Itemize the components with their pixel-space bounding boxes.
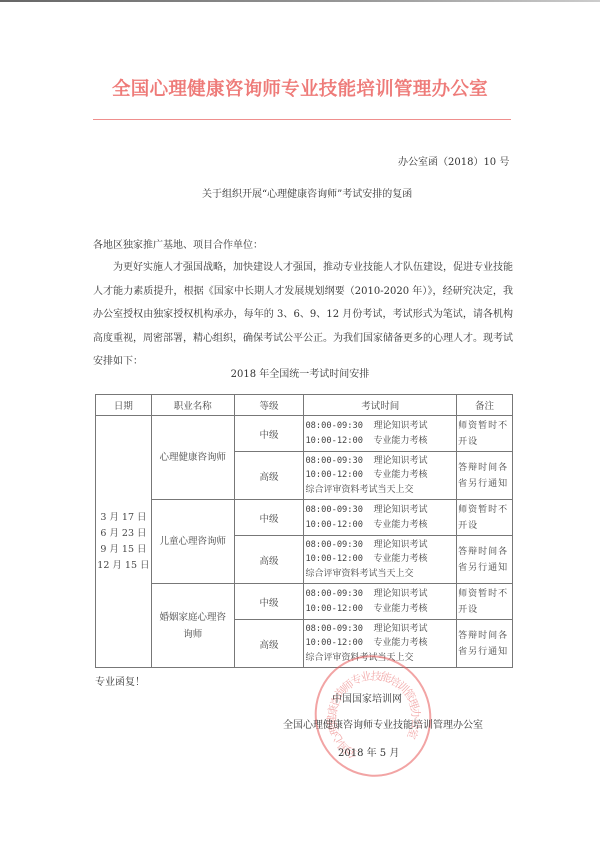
slot-name: 专业能力考核 [373, 436, 427, 446]
profession-name: 心理健康咨询师 [151, 416, 234, 500]
exam-time-cell: 08:00-09:30 理论知识考试10:00-12:00 专业能力考核综合评审… [304, 452, 457, 500]
document-number: 办公室函（2018）10 号 [398, 153, 509, 168]
exam-date: 3 月 17 日 [96, 510, 151, 526]
table-title: 2018 年全国统一考试时间安排 [0, 365, 600, 380]
exam-time-cell: 08:00-09:30 理论知识考试10:00-12:00 专业能力考核 [304, 500, 457, 536]
submission-note: 综合评审资料考试当天上交 [305, 485, 413, 495]
slot-time: 08:00-09:30 [305, 505, 363, 515]
slot-time: 08:00-09:30 [305, 624, 363, 634]
slot-time: 10:00-12:00 [305, 604, 363, 614]
exam-date: 12 月 15 日 [96, 558, 151, 574]
table-row: 3 月 17 日6 月 23 日9 月 15 日12 月 15 日心理健康咨询师… [96, 416, 513, 452]
signature-org-2: 全国心理健康咨询师专业技能培训管理办公室 [283, 716, 483, 731]
slot-time: 10:00-12:00 [305, 470, 363, 480]
slot-name: 专业能力考核 [373, 604, 427, 614]
slot-name: 理论知识考试 [373, 624, 427, 634]
remark-cell: 师资暂时不开设 [457, 500, 513, 536]
exam-time-cell: 08:00-09:30 理论知识考试10:00-12:00 专业能力考核综合评审… [304, 536, 457, 584]
slot-time: 08:00-09:30 [305, 456, 363, 466]
submission-note: 综合评审资料考试当天上交 [305, 569, 413, 579]
slot-time: 10:00-12:00 [305, 520, 363, 530]
slot-time: 08:00-09:30 [305, 589, 363, 599]
closing-line: 专业函复！ [95, 673, 145, 688]
document-subject: 关于组织开展“心理健康咨询师”考试安排的复函 [202, 185, 412, 200]
letterhead-rule [93, 119, 511, 120]
exam-dates-cell: 3 月 17 日6 月 23 日9 月 15 日12 月 15 日 [96, 416, 152, 668]
signature-date: 2018 年 5 月 [338, 744, 399, 759]
slot-time: 08:00-09:30 [305, 540, 363, 550]
slot-name: 专业能力考核 [373, 638, 427, 648]
header-remark: 备注 [457, 395, 513, 416]
header-level: 等级 [234, 395, 304, 416]
slot-time: 10:00-12:00 [305, 436, 363, 446]
level-cell: 高级 [234, 620, 304, 668]
table-row: 儿童心理咨询师中级08:00-09:30 理论知识考试10:00-12:00 专… [96, 500, 513, 536]
salutation: 各地区独家推广基地、项目合作单位： [93, 236, 263, 251]
remark-cell: 答辩时间各省另行通知 [457, 536, 513, 584]
slot-time: 08:00-09:30 [305, 421, 363, 431]
remark-cell: 答辩时间各省另行通知 [457, 620, 513, 668]
profession-name: 儿童心理咨询师 [151, 500, 234, 584]
letterhead-title: 全国心理健康咨询师专业技能培训管理办公室 [0, 75, 600, 101]
slot-time: 10:00-12:00 [305, 554, 363, 564]
slot-name: 理论知识考试 [373, 456, 427, 466]
slot-name: 理论知识考试 [373, 589, 427, 599]
remark-cell: 答辩时间各省另行通知 [457, 452, 513, 500]
remark-cell: 师资暂时不开设 [457, 416, 513, 452]
table-header-row: 日期 职业名称 等级 考试时间 备注 [96, 395, 513, 416]
level-cell: 高级 [234, 536, 304, 584]
exam-schedule-table: 日期 职业名称 等级 考试时间 备注 3 月 17 日6 月 23 日9 月 1… [95, 394, 513, 668]
header-profession: 职业名称 [151, 395, 234, 416]
profession-name: 婚姻家庭心理咨询师 [151, 584, 234, 668]
signature-org-1: 中国国家培训网 [332, 690, 402, 705]
level-cell: 中级 [234, 416, 304, 452]
slot-name: 专业能力考核 [373, 520, 427, 530]
exam-date: 6 月 23 日 [96, 526, 151, 542]
level-cell: 高级 [234, 452, 304, 500]
header-date: 日期 [96, 395, 152, 416]
slot-name: 专业能力考核 [373, 554, 427, 564]
table-row: 婚姻家庭心理咨询师中级08:00-09:30 理论知识考试10:00-12:00… [96, 584, 513, 620]
level-cell: 中级 [234, 584, 304, 620]
remark-cell: 师资暂时不开设 [457, 584, 513, 620]
scan-edge [0, 0, 600, 2]
slot-name: 理论知识考试 [373, 540, 427, 550]
slot-name: 理论知识考试 [373, 421, 427, 431]
slot-name: 理论知识考试 [373, 505, 427, 515]
slot-time: 10:00-12:00 [305, 638, 363, 648]
body-paragraph: 为更好实施人才强国战略，加快建设人才强国，推动专业技能人才队伍建设，促进专业技能… [93, 256, 513, 374]
exam-time-cell: 08:00-09:30 理论知识考试10:00-12:00 专业能力考核 [304, 416, 457, 452]
exam-time-cell: 08:00-09:30 理论知识考试10:00-12:00 专业能力考核 [304, 584, 457, 620]
exam-date: 9 月 15 日 [96, 542, 151, 558]
slot-name: 专业能力考核 [373, 470, 427, 480]
level-cell: 中级 [234, 500, 304, 536]
header-exam-time: 考试时间 [304, 395, 457, 416]
